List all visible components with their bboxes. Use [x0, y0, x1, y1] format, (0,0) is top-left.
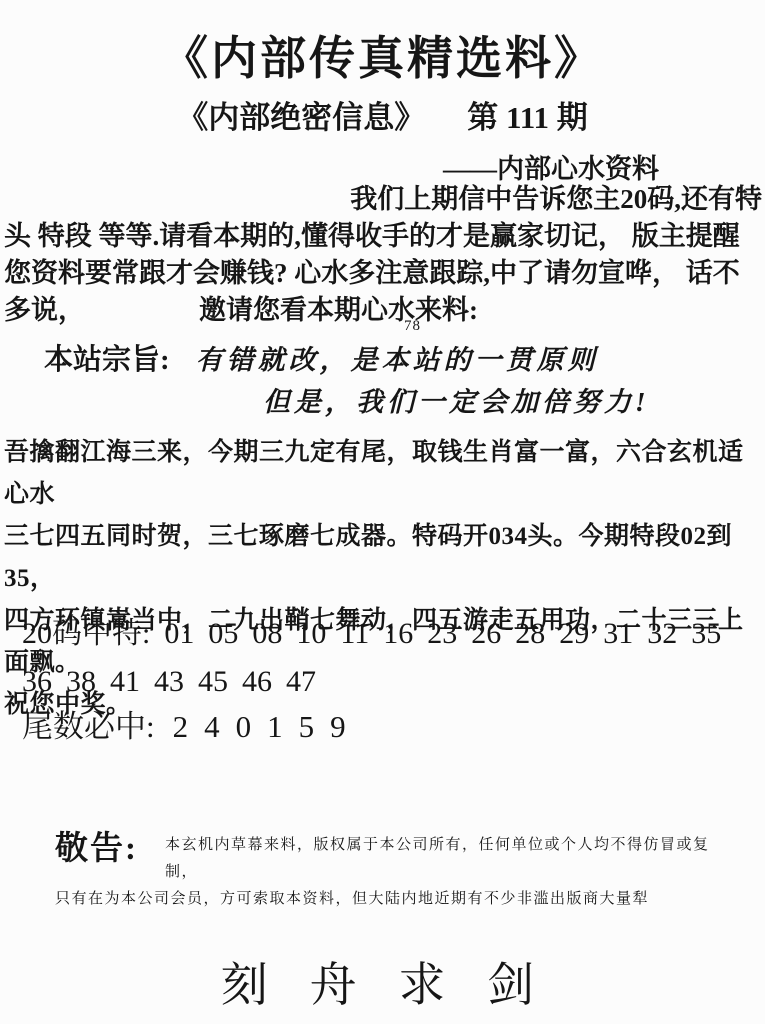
pick-number: 38 — [66, 665, 96, 699]
picks-label: 20码中特: — [22, 608, 150, 652]
intro-line-end: 多说， — [4, 292, 85, 329]
motto-label: 本站宗旨: — [44, 337, 170, 378]
tail-digit: 0 — [236, 709, 252, 745]
page-title: 《内部传真精选料》 — [0, 22, 765, 88]
pick-number: 08 — [252, 617, 282, 651]
subtitle-row: 《内部绝密信息》 第 111 期 — [0, 92, 765, 137]
tail-digit: 2 — [173, 709, 189, 745]
pick-number: 26 — [471, 617, 501, 651]
pick-number: 23 — [427, 617, 457, 651]
pick-number: 43 — [154, 665, 184, 699]
pick-number: 41 — [110, 665, 140, 699]
pick-number: 28 — [515, 617, 545, 651]
pick-number: 31 — [603, 617, 633, 651]
notice-text: 本玄机内草幕来料，版权属于本公司所有，任何单位或个人均不得仿冒或复制， 只有在为… — [55, 820, 725, 913]
invite-text: 邀请您看本期心水来料: — [199, 292, 478, 329]
motto-row-1: 本站宗旨: 有错就改，是本站的一贯原则 — [44, 337, 599, 378]
pick-number: 47 — [286, 665, 316, 699]
footer-title: 刻 舟 求 剑 — [0, 948, 765, 1015]
notice-line: 本玄机内草幕来料，版权属于本公司所有，任何单位或个人均不得仿冒或复制， — [55, 832, 725, 886]
tails-label: 尾数必中: — [22, 701, 155, 746]
intro-line: 头 特段 等等.请看本期的,懂得收手的才是赢家切记， 版主提醒 — [4, 218, 762, 255]
tail-digit: 9 — [330, 709, 346, 745]
issue-number: 第 111 期 — [467, 92, 588, 137]
intro-line: 多说， 邀请您看本期心水来料: — [4, 292, 762, 329]
copyright-notice: 敬告: 本玄机内草幕来料，版权属于本公司所有，任何单位或个人均不得仿冒或复制， … — [55, 820, 725, 913]
motto-line-1: 有错就改，是本站的一贯原则 — [196, 338, 599, 377]
pick-number: 01 — [164, 617, 194, 651]
verse-line: 吾擒翻江海三来，今期三九定有尾，取钱生肖富一富，六合玄机适心水 — [4, 432, 763, 516]
intro-line: 您资料要常跟才会赚钱? 心水多注意跟踪,中了请勿宣哗， 话不 — [4, 255, 762, 292]
notice-label: 敬告: — [55, 822, 138, 869]
intro-line: 我们上期信中告诉您主20码,还有特 — [4, 181, 762, 218]
pick-number: 46 — [242, 665, 272, 699]
verse-line: 三七四五同时贺，三七琢磨七成器。特码开034头。今期特段02到35， — [4, 516, 763, 600]
motto-line-2: 但是，我们一定会加倍努力! — [263, 380, 650, 419]
pick-number: 10 — [296, 617, 326, 651]
pick-number: 32 — [647, 617, 677, 651]
pick-number: 36 — [22, 665, 52, 699]
tail-digit: 5 — [299, 709, 315, 745]
intro-paragraph: 我们上期信中告诉您主20码,还有特 头 特段 等等.请看本期的,懂得收手的才是赢… — [0, 181, 765, 329]
subtitle: 《内部绝密信息》 — [177, 92, 425, 137]
pick-number: 45 — [198, 665, 228, 699]
tail-digit: 4 — [204, 709, 220, 745]
stray-mark: 78 — [404, 318, 421, 335]
fax-sheet-page: 《内部传真精选料》 《内部绝密信息》 第 111 期 ——内部心水资料 我们上期… — [0, 0, 765, 1024]
twenty-code-picks: 20码中特: 01 05 08 10 11 16 23 26 28 29 31 … — [22, 608, 744, 699]
pick-number: 29 — [559, 617, 589, 651]
pick-number: 35 — [691, 617, 721, 651]
pick-number: 16 — [383, 617, 413, 651]
pick-number: 05 — [208, 617, 238, 651]
pick-number: 11 — [340, 617, 369, 651]
tail-digit: 1 — [267, 709, 283, 745]
notice-line: 只有在为本公司会员，方可索取本资料，但大陆内地近期有不少非滥出版商大量犁 — [55, 886, 725, 913]
tail-numbers: 尾数必中: 2 4 0 1 5 9 — [22, 701, 362, 746]
